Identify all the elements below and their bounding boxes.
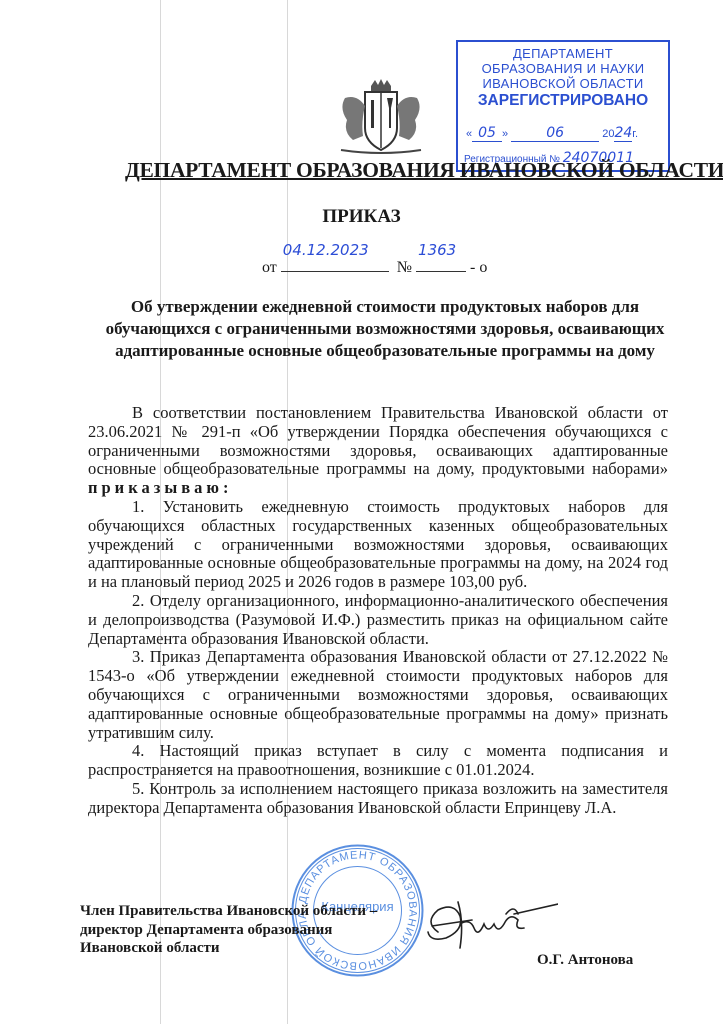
order-number-field: 1363 bbox=[416, 253, 466, 272]
signer-line-2: директор Департамента образования bbox=[80, 921, 377, 940]
order-item-1: 1. Установить ежедневную стоимость проду… bbox=[88, 498, 668, 592]
registration-stamp: ДЕПАРТАМЕНТ ОБРАЗОВАНИЯ И НАУКИ ИВАНОВСК… bbox=[456, 40, 670, 172]
order-date-field: 04.12.2023 bbox=[281, 253, 389, 272]
signer-title: Член Правительства Ивановской области – … bbox=[80, 902, 377, 958]
preamble-directive: приказываю: bbox=[88, 478, 232, 497]
stamp-year-prefix: 20 bbox=[602, 128, 614, 140]
stamp-year: 24 bbox=[614, 125, 632, 142]
order-item-4: 4. Настоящий приказ вступает в силу с мо… bbox=[88, 742, 668, 780]
order-item-3: 3. Приказ Департамента образования Ивано… bbox=[88, 648, 668, 742]
stamp-line-2: ОБРАЗОВАНИЯ И НАУКИ bbox=[458, 61, 668, 76]
preamble-text: В соответствии постановлением Правительс… bbox=[88, 403, 668, 478]
department-header: ДЕПАРТАМЕНТ ОБРАЗОВАНИЯ ИВАНОВСКОЙ ОБЛАС… bbox=[125, 158, 685, 183]
order-number-label: № bbox=[397, 259, 412, 276]
preamble-paragraph: В соответствии постановлением Правительс… bbox=[88, 404, 668, 498]
stamp-date-line: «05» 06 2024г. bbox=[466, 125, 662, 142]
stamp-month: 06 bbox=[511, 125, 599, 142]
order-suffix: - о bbox=[470, 259, 487, 276]
order-item-2: 2. Отделу организационного, информационн… bbox=[88, 592, 668, 648]
order-from-label: от bbox=[262, 259, 277, 276]
signer-line-1: Член Правительства Ивановской области – bbox=[80, 902, 377, 921]
order-item-5: 5. Контроль за исполнением настоящего пр… bbox=[88, 780, 668, 818]
handwritten-signature-icon bbox=[418, 892, 558, 952]
stamp-status: ЗАРЕГИСТРИРОВАНО bbox=[458, 92, 668, 110]
order-number: 1363 bbox=[418, 241, 456, 259]
order-meta: от 04.12.2023 № 1363 - о bbox=[262, 253, 487, 277]
order-date: 04.12.2023 bbox=[283, 241, 369, 259]
order-title: ПРИКАЗ bbox=[0, 206, 723, 228]
signer-name: О.Г. Антонова bbox=[537, 952, 633, 969]
stamp-line-1: ДЕПАРТАМЕНТ bbox=[458, 46, 668, 61]
order-body: В соответствии постановлением Правительс… bbox=[88, 404, 668, 818]
coat-of-arms-icon bbox=[335, 78, 427, 156]
stamp-line-3: ИВАНОВСКОЙ ОБЛАСТИ bbox=[458, 76, 668, 91]
stamp-day: 05 bbox=[472, 125, 502, 142]
signer-line-3: Ивановской области bbox=[80, 939, 377, 958]
order-subject: Об утверждении ежедневной стоимости прод… bbox=[100, 296, 670, 362]
stamp-year-unit: г. bbox=[632, 128, 638, 140]
